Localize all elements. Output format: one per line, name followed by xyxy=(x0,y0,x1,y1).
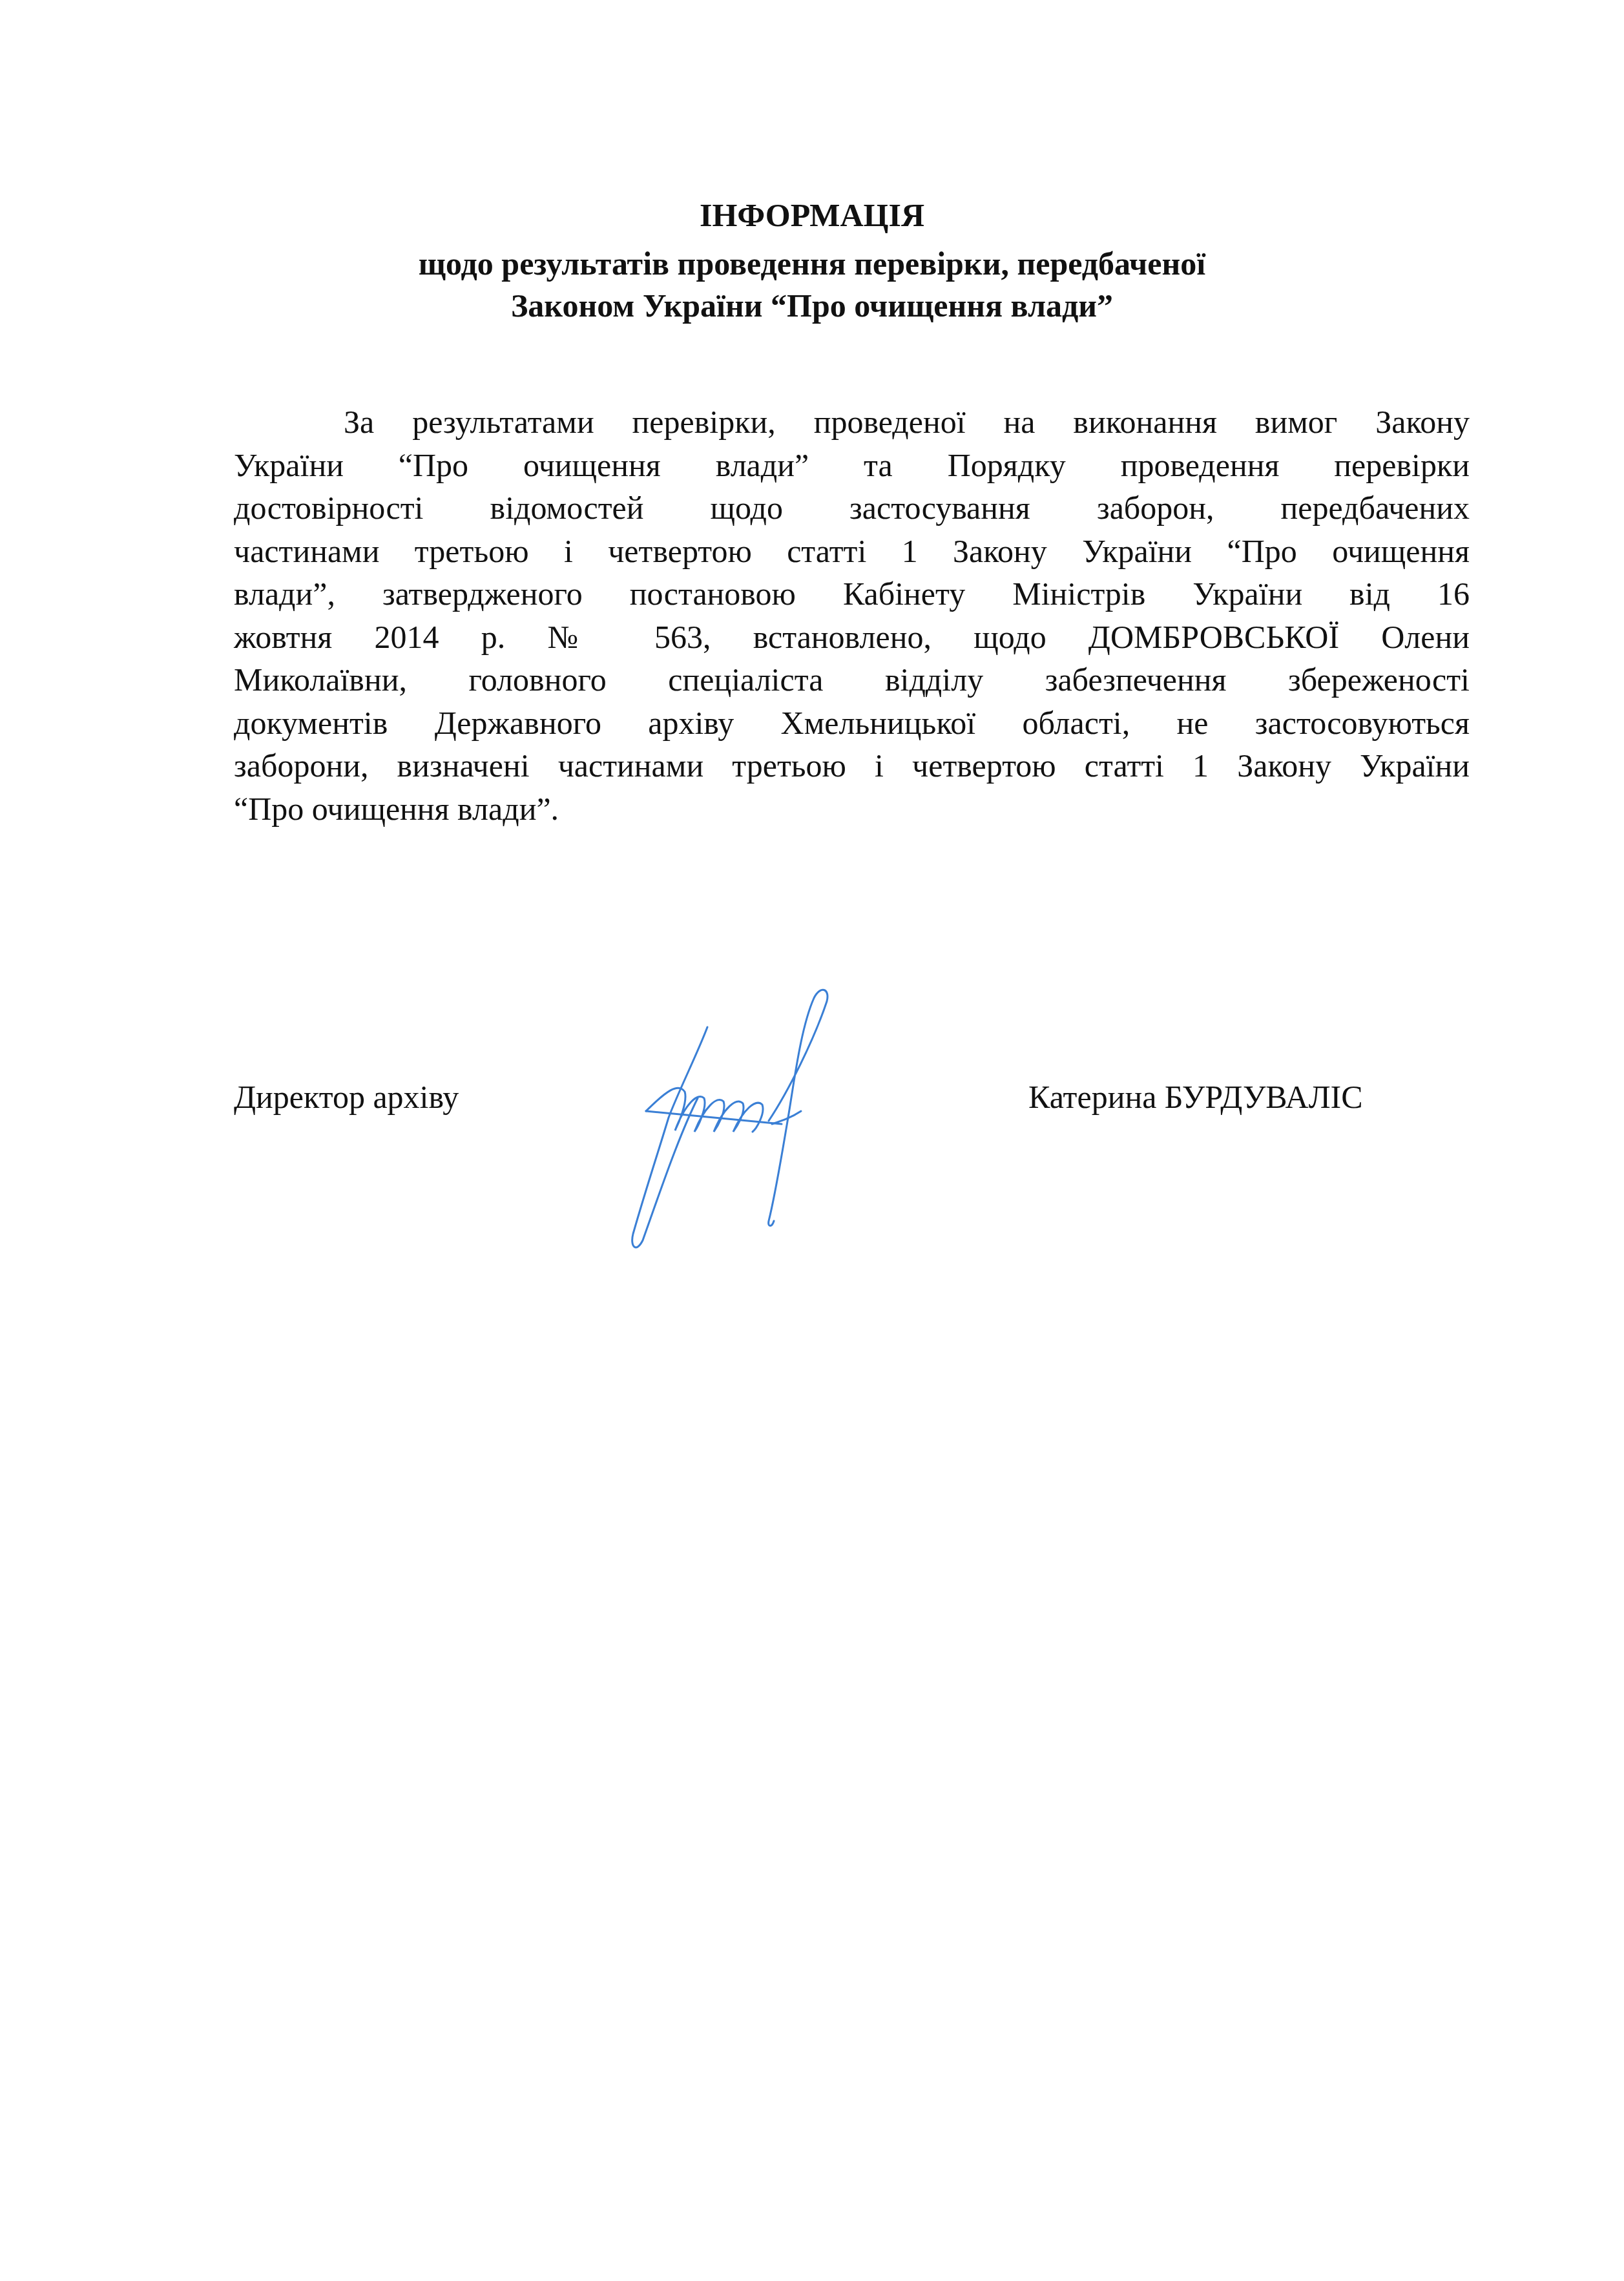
body-line: “Про очищення влади”. xyxy=(234,787,1470,831)
body-line: заборони, визначені частинами третьою і … xyxy=(234,744,1470,787)
body-line: За результатами перевірки, проведеної на… xyxy=(234,401,1470,444)
document-title: ІНФОРМАЦІЯ xyxy=(0,194,1624,236)
document-body: За результатами перевірки, проведеної на… xyxy=(234,401,1470,830)
body-line: достовірності відомостей щодо застосуван… xyxy=(234,486,1470,530)
body-line: частинами третьою і четвертою статті 1 З… xyxy=(234,530,1470,573)
signatory-position: Директор архіву xyxy=(234,1076,459,1118)
handwritten-signature xyxy=(607,963,1008,1273)
body-line: України “Про очищення влади” та Порядку … xyxy=(234,444,1470,487)
body-line: влади”, затвердженого постановою Кабінет… xyxy=(234,572,1470,616)
document-subtitle-line-2: Законом України “Про очищення влади” xyxy=(0,284,1624,327)
document-subtitle-line-1: щодо результатів проведення перевірки, п… xyxy=(0,242,1624,285)
body-line: жовтня 2014 р. № 563, встановлено, щодо … xyxy=(234,616,1470,659)
body-line: документів Державного архіву Хмельницько… xyxy=(234,702,1470,745)
signatory-name: Катерина БУРДУВАЛІС xyxy=(1028,1076,1363,1118)
body-line: Миколаївни, головного спеціаліста відділ… xyxy=(234,658,1470,702)
